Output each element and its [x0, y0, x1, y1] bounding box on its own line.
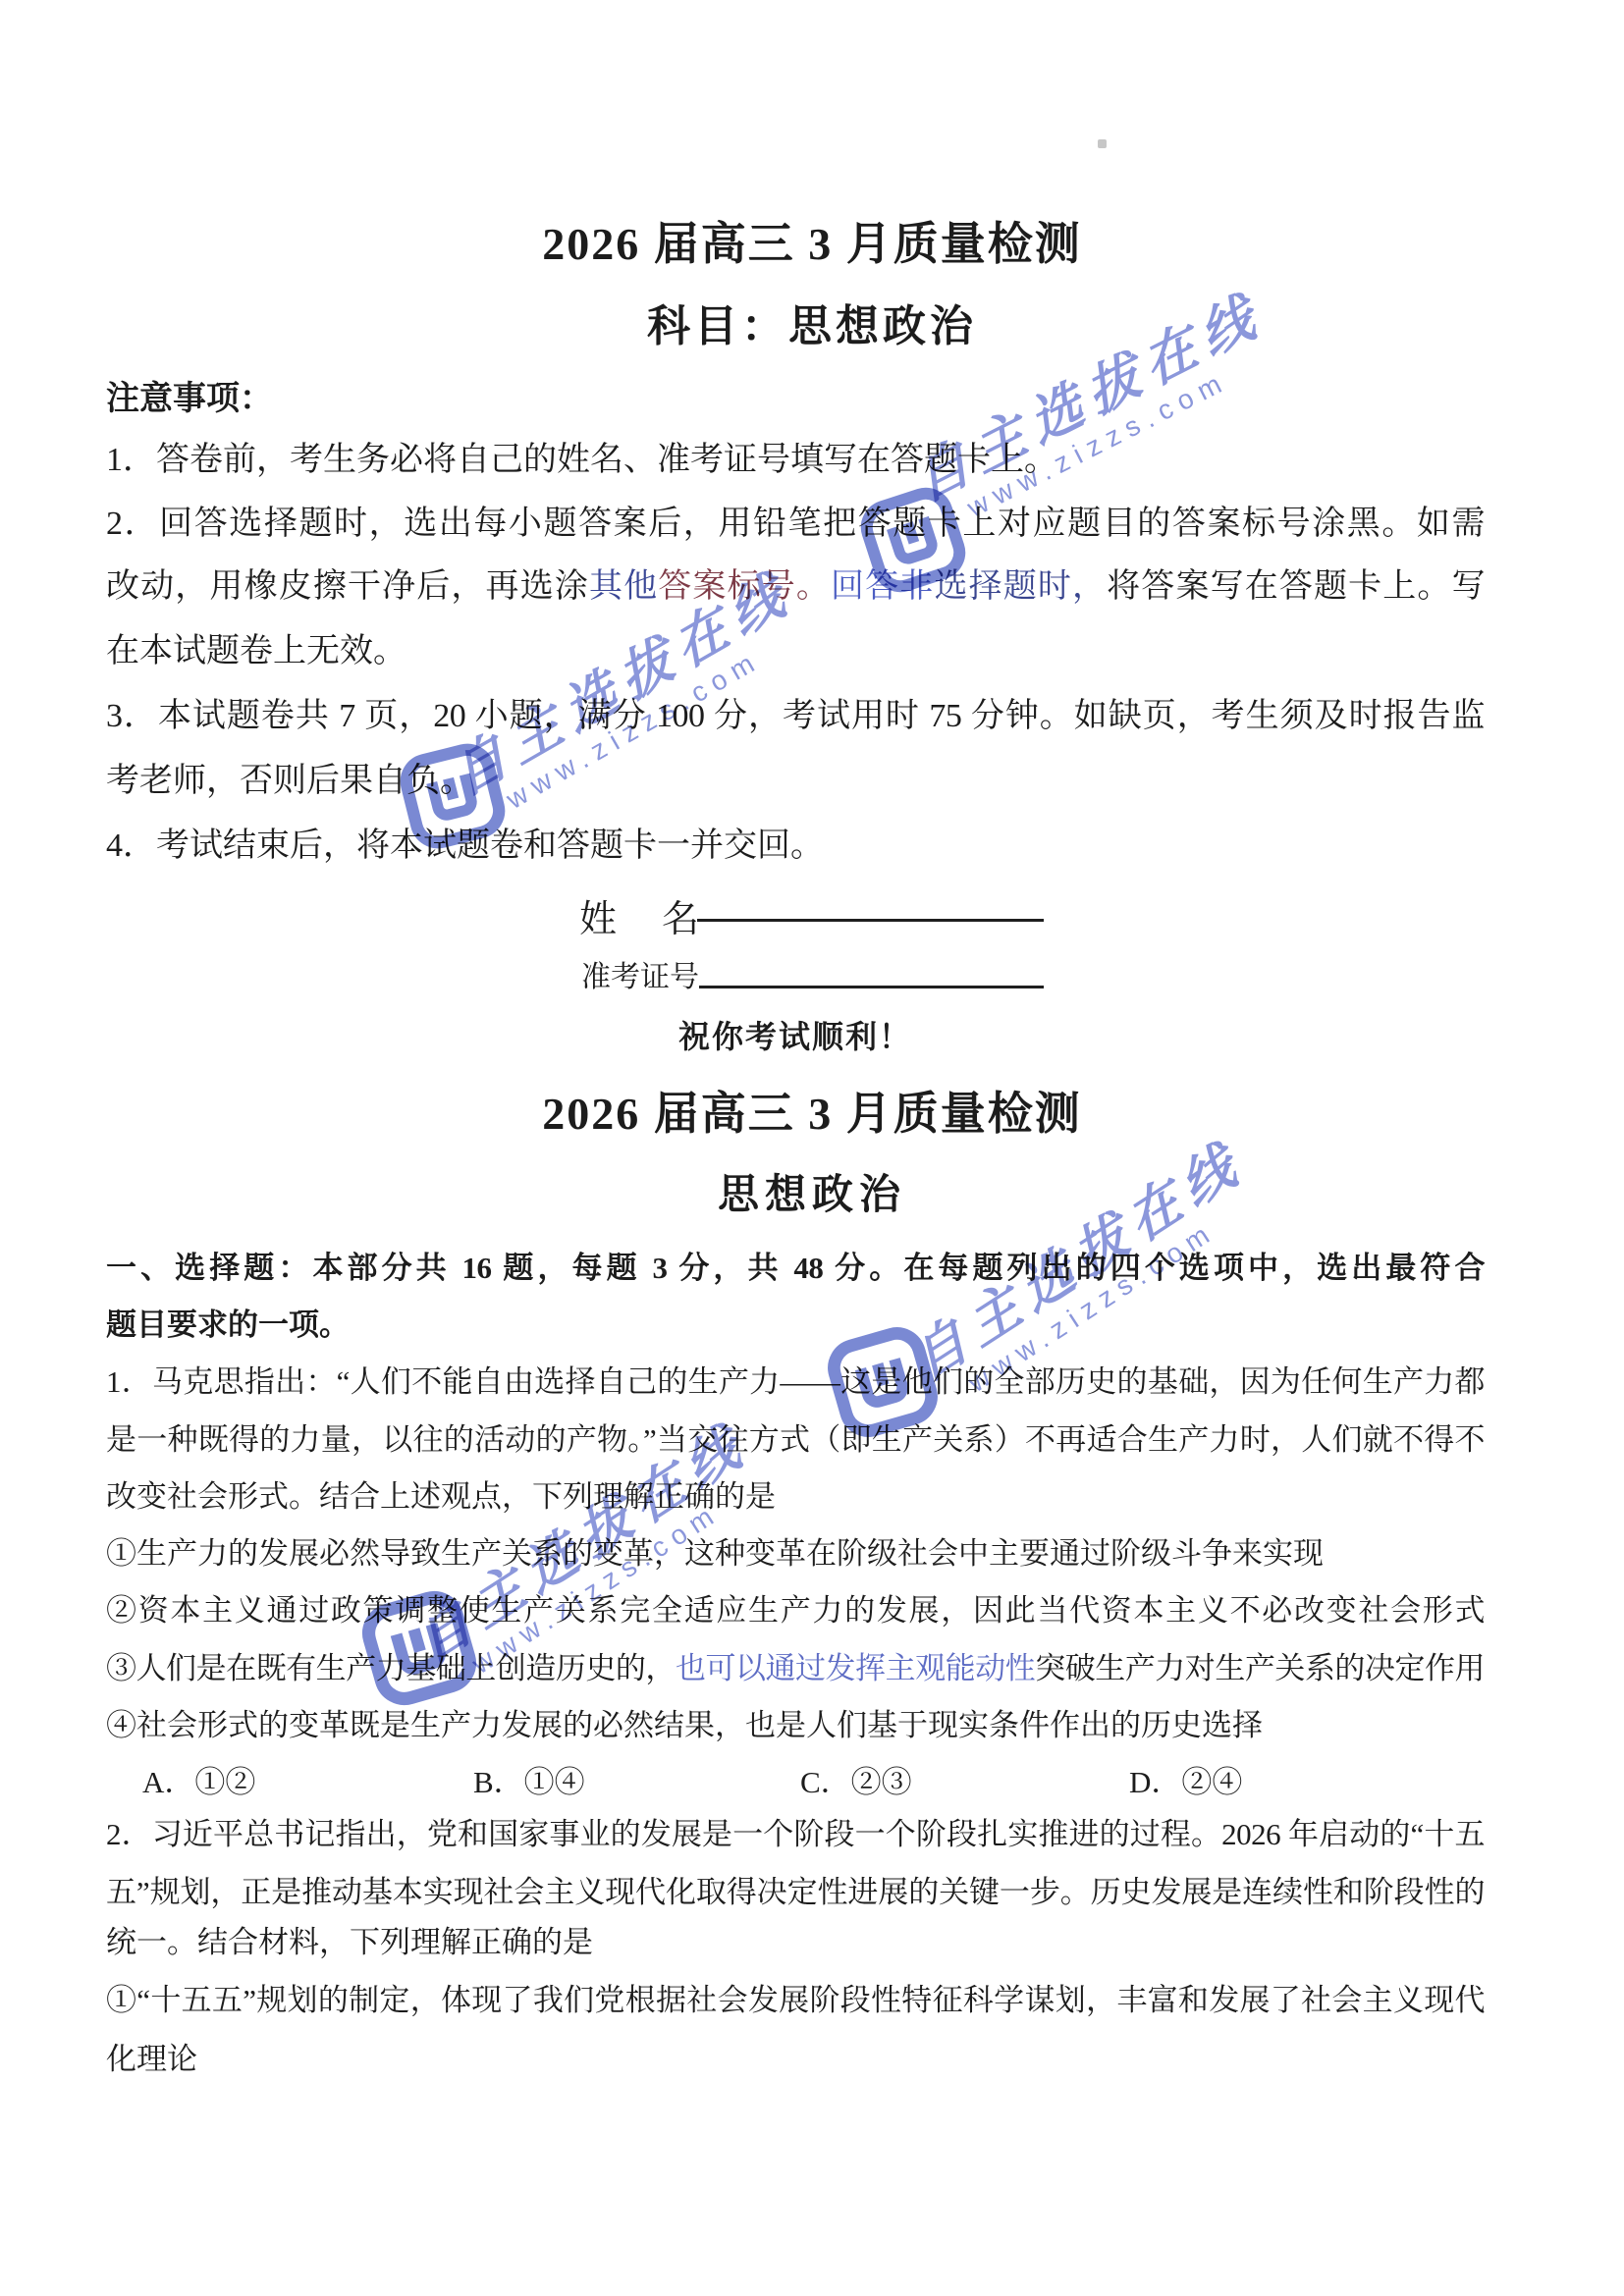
exam-title: 2026 届高三 3 月质量检测	[0, 208, 1624, 273]
question-2-option-1-line-1: ①“十五五”规划的制定，体现了我们党根据社会发展阶段性特征科学谋划，丰富和发展了…	[106, 1978, 1485, 2023]
answer-choice-c: C．②③	[800, 1760, 912, 1805]
notice-text-segment: 将答案写在答题卡上。写	[1107, 568, 1485, 605]
notice-item-2-line-3: 在本试题卷上无效。	[106, 629, 1485, 674]
watermark-url-text: www.zizzs.com	[962, 338, 1288, 524]
question-1-option-3: ③人们是在既有生产力基础上创造历史的，也可以通过发挥主观能动性突破生产力对生产关…	[106, 1646, 1485, 1691]
name-field-blank-line	[697, 919, 1044, 922]
notice-item-3-line-1: 3．本试题卷共 7 页，20 小题，满分 100 分，考试用时 75 分钟。如缺…	[106, 694, 1485, 739]
notice-text-segment-tinted: 选择题时，	[934, 568, 1107, 605]
question-1-option-4: ④社会形式的变革既是生产力发展的必然结果，也是人们基于现实条件作出的历史选择	[106, 1703, 1485, 1748]
name-field-label-char-1: 姓	[579, 888, 617, 942]
question-1-answer-row: A．①② B．①④ C．②③ D．②④	[106, 1760, 1485, 1805]
answer-choice-a: A．①②	[142, 1760, 255, 1805]
question-1-option-2: ②资本主义通过政策调整使生产关系完全适应生产力的发展，因此当代资本主义不必改变社…	[106, 1588, 1485, 1633]
notice-text-segment-tinted: 其他	[589, 568, 658, 605]
option-text-segment-tinted: 也可以通过发挥主观能动性	[676, 1651, 1035, 1685]
question-1-option-1: ①生产力的发展必然导致生产关系的变革，这种变革在阶级社会中主要通过阶级斗争来实现	[106, 1531, 1485, 1576]
notice-item-1: 1．答卷前，考生务必将自己的姓名、准考证号填写在答题卡上。	[106, 438, 1485, 483]
notice-item-2-line-1: 2．回答选择题时，选出每小题答案后，用铅笔把答题卡上对应题目的答案标号涂黑。如需	[106, 502, 1485, 547]
option-text-segment: ③人们是在既有生产力基础上创造历史的，	[106, 1651, 676, 1685]
option-text-segment: 突破生产力对生产关系的决定作用	[1035, 1651, 1485, 1685]
name-field-label-char-2: 名	[662, 888, 699, 942]
notice-text-segment-tinted: 答案标号。	[658, 568, 831, 605]
answer-choice-b: B．①④	[473, 1760, 585, 1805]
notice-item-3-line-2: 考老师，否则后果自负。	[106, 759, 1485, 804]
question-2-line-2: 五”规划，正是推动基本实现社会主义现代化取得决定性进展的关键一步。历史发展是连续…	[106, 1870, 1485, 1915]
ticket-field-blank-line	[699, 986, 1044, 988]
section-intro-line-2: 题目要求的一项。	[106, 1303, 1485, 1348]
notice-text-segment: 改动，用橡皮擦干净后，再选涂	[106, 568, 589, 605]
section-intro-line-1: 一、选择题：本部分共 16 题，每题 3 分，共 48 分。在每题列出的四个选项…	[106, 1246, 1485, 1291]
notice-heading: 注意事项：	[106, 377, 1485, 422]
paper-title: 2026 届高三 3 月质量检测	[0, 1078, 1624, 1143]
paper-subject: 思想政治	[0, 1162, 1624, 1221]
wish-line: 祝你考试顺利！	[106, 1014, 1485, 1059]
ticket-field-label: 准考证号	[581, 952, 699, 995]
question-2-line-1: 2．习近平总书记指出，党和国家事业的发展是一个阶段一个阶段扎实推进的过程。202…	[106, 1812, 1485, 1857]
scan-speck	[1098, 139, 1107, 148]
notice-item-2-line-2: 改动，用橡皮擦干净后，再选涂其他答案标号。回答非选择题时，将答案写在答题卡上。写	[106, 564, 1485, 610]
question-2-line-3: 统一。结合材料，下列理解正确的是	[106, 1920, 1485, 1965]
answer-choice-d: D．②④	[1129, 1760, 1242, 1805]
question-2-option-1-line-2: 化理论	[106, 2037, 1485, 2082]
notice-item-4: 4．考试结束后，将本试题卷和答题卡一并交回。	[106, 824, 1485, 869]
notice-text-segment-tinted: 回答非	[831, 568, 934, 605]
subject-line: 科目：思想政治	[0, 291, 1624, 353]
question-1-line-3: 改变社会形式。结合上述观点，下列理解正确的是	[106, 1474, 1485, 1520]
question-1-line-1: 1．马克思指出：“人们不能自由选择自己的生产力——这是他们的全部历史的基础，因为…	[106, 1360, 1485, 1405]
question-1-line-2: 是一种既得的力量，以往的活动的产物。”当交往方式（即生产关系）不再适合生产力时，…	[106, 1417, 1485, 1463]
